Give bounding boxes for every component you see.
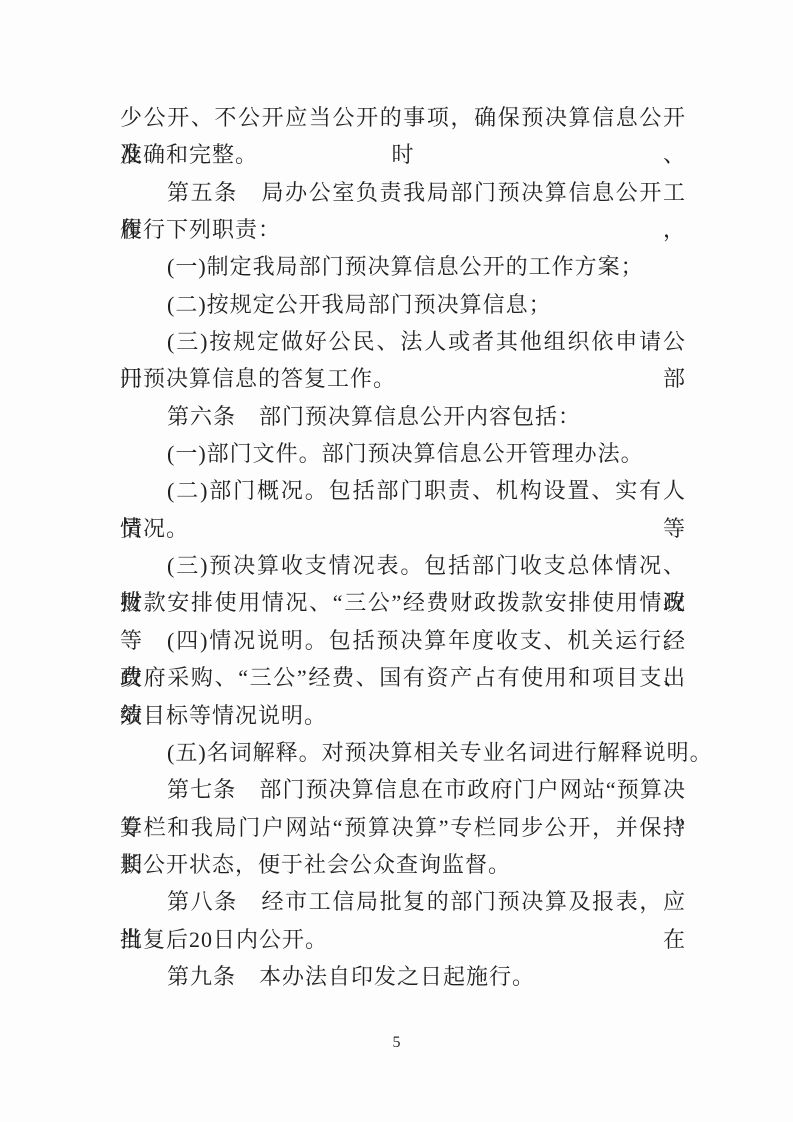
text-line: 第五条 局办公室负责我局部门预决算信息公开工作，	[120, 174, 686, 211]
text-line: 专栏和我局门户网站“预算决算”专栏同步公开，并保持长	[120, 809, 686, 846]
text-line: (一)部门文件。部门预决算信息公开管理办法。	[120, 435, 686, 472]
text-line: (二)按规定公开我局部门预决算信息；	[120, 286, 686, 323]
text-line: 少公开、不公开应当公开的事项，确保预决算信息公开及时、	[120, 99, 686, 136]
text-line: 第八条 经市工信局批复的部门预决算及报表，应当在	[120, 883, 686, 920]
text-line: 第六条 部门预决算信息公开内容包括：	[120, 398, 686, 435]
text-line: 第七条 部门预决算信息在市政府门户网站“预算决算”	[120, 771, 686, 808]
text-line: (一)制定我局部门预决算信息公开的工作方案；	[120, 248, 686, 285]
text-line: 期公开状态，便于社会公众查询监督。	[120, 846, 686, 883]
document-page: 少公开、不公开应当公开的事项，确保预决算信息公开及时、 准确和完整。 第五条 局…	[0, 0, 793, 1122]
page-number: 5	[0, 1033, 793, 1053]
document-body-text: 少公开、不公开应当公开的事项，确保预决算信息公开及时、 准确和完整。 第五条 局…	[120, 99, 686, 995]
text-line: (五)名词解释。对预决算相关专业名词进行解释说明。	[120, 734, 686, 771]
text-line: (二)部门概况。包括部门职责、机构设置、实有人员等	[120, 472, 686, 509]
text-line: (四)情况说明。包括预决算年度收支、机关运行经费、	[120, 622, 686, 659]
text-line: 效目标等情况说明。	[120, 697, 686, 734]
text-line: (三)按规定做好公民、法人或者其他组织依申请公开部	[120, 323, 686, 360]
text-line: 拨款安排使用情况、“三公”经费财政拨款安排使用情况等。	[120, 584, 686, 621]
text-line: (三)预决算收支情况表。包括部门收支总体情况、财政	[120, 547, 686, 584]
text-line: 政府采购、“三公”经费、国有资产占有使用和项目支出绩	[120, 659, 686, 696]
text-line: 第九条 本办法自印发之日起施行。	[120, 958, 686, 995]
